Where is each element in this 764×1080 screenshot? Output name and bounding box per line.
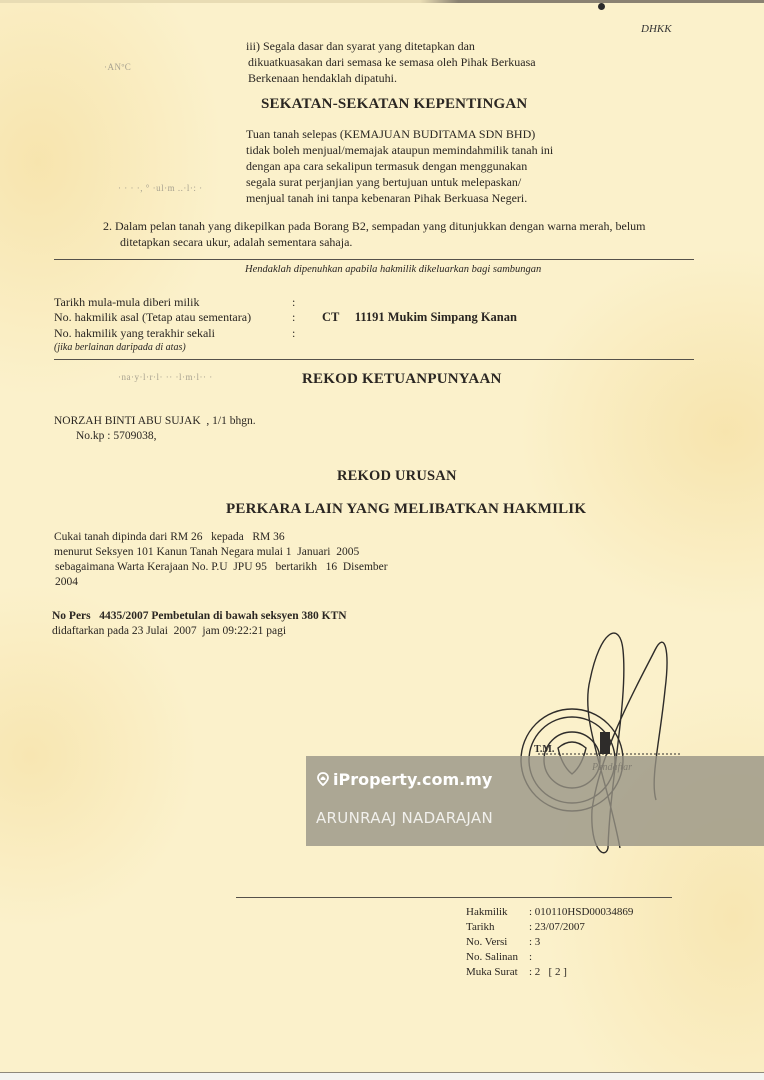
watermark-banner: iProperty.com.my ARUNRAAJ NADARAJAN [306,756,764,846]
bleed-through-mark: ·na·y·l·r·l· ·· ·l·m·l·· · [118,372,213,382]
footer-key: No. Salinan [466,950,529,965]
footer-key: Tarikh [466,920,529,935]
clause-iii-line: iii) Segala dasar dan syarat yang diteta… [246,38,536,54]
bleed-through-mark: · · · ·, ° ·ul·m ..·l·: · [118,183,203,193]
form-row-first-granted: Tarikh mula-mula diberi milik: [54,296,322,309]
form-footnote: (jika berlainan daripada di atas) [54,342,186,353]
section-title-sekatan: SEKATAN-SEKATAN KEPENTINGAN [261,96,527,113]
footer-row-tarikh: Tarikh: 23/07/2007 [466,920,633,935]
divider [54,359,694,360]
section-title-other-matters: PERKARA LAIN YANG MELIBATKAN HAKMILIK [226,501,586,518]
footer-row-hakmilik: Hakmilik: 010110HSD00034869 [466,905,633,920]
sekatan-line: Tuan tanah selepas (KEMAJUAN BUDITAMA SD… [246,126,553,142]
form-colon: : [292,327,322,340]
page-top-edge [0,0,764,3]
footer-value: : [529,951,532,963]
footer-value: : 010110HSD00034869 [529,906,633,918]
registration-timestamp: didaftarkan pada 23 Julai 2007 jam 09:22… [52,623,286,639]
owner-id: No.kp : 5709038, [76,428,157,444]
continuation-note: Hendaklah dipenuhkan apabila hakmilik di… [245,264,541,275]
sekatan-line: menjual tanah ini tanpa kebenaran Pihak … [246,190,553,206]
clause-iii: iii) Segala dasar dan syarat yang diteta… [246,38,536,86]
form-row-last-title: No. hakmilik yang terakhir sekali: [54,327,322,340]
footer-value: : 2 [ 2 ] [529,966,567,978]
footer-row-muka-surat: Muka Surat: 2 [ 2 ] [466,965,633,980]
sekatan-line: tidak boleh menjual/memajak ataupun memi… [246,142,553,158]
location-pin-icon [316,772,330,786]
tax-amendment: Cukai tanah dipinda dari RM 26 kepada RM… [54,530,388,590]
svg-text:T.M.: T.M. [534,744,555,755]
watermark-brand: iProperty.com.my [316,770,492,789]
divider [236,897,672,898]
section-title-dealings: REKOD URUSAN [337,468,457,485]
tax-line: 2004 [54,575,388,590]
punch-hole [598,3,605,10]
tax-line: menurut Seksyen 101 Kanun Tanah Negara m… [54,545,388,560]
bleed-through-mark: ·ANºC [104,62,131,72]
clause-2-line: ditetapkan secara ukur, adalah sementara… [103,234,646,250]
clause-2: 2. Dalam pelan tanah yang dikepilkan pad… [103,218,646,250]
document-page: DHKK ·ANºC · · · ·, ° ·ul·m ..·l·: · ·na… [0,0,764,1080]
tax-line: sebagaimana Warta Kerajaan No. P.U JPU 9… [54,560,388,575]
tax-line: Cukai tanah dipinda dari RM 26 kepada RM… [54,530,388,545]
footer-key: Muka Surat [466,965,529,980]
form-row-original-title: No. hakmilik asal (Tetap atau sementara)… [54,311,517,324]
watermark-agent-name: ARUNRAAJ NADARAJAN [316,809,493,827]
form-colon: : [292,296,322,309]
sekatan-line: dengan apa cara sekalipun termasuk denga… [246,158,553,174]
form-value: CT 11191 Mukim Simpang Kanan [322,310,517,324]
clause-iii-line: Berkenaan hendaklah dipatuhi. [246,70,536,86]
section-title-ownership: REKOD KETUANPUNYAAN [302,371,502,388]
title-footer: Hakmilik: 010110HSD00034869 Tarikh: 23/0… [466,905,633,980]
page-bottom-edge [0,1072,764,1080]
form-label: No. hakmilik yang terakhir sekali [54,327,292,340]
owner-name: NORZAH BINTI ABU SUJAK , 1/1 bhgn. [54,413,256,429]
clause-2-line: 2. Dalam pelan tanah yang dikepilkan pad… [103,218,646,234]
watermark-brand-text: iProperty.com.my [333,770,492,789]
footer-row-salinan: No. Salinan: [466,950,633,965]
footer-key: No. Versi [466,935,529,950]
sekatan-line: segala surat perjanjian yang bertujuan u… [246,174,553,190]
footer-value: : 3 [529,936,540,948]
form-label: No. hakmilik asal (Tetap atau sementara) [54,311,292,324]
footer-key: Hakmilik [466,905,529,920]
footer-row-versi: No. Versi: 3 [466,935,633,950]
form-colon: : [292,311,322,324]
document-code: DHKK [641,23,672,35]
sekatan-body: Tuan tanah selepas (KEMAJUAN BUDITAMA SD… [246,126,553,206]
form-label: Tarikh mula-mula diberi milik [54,296,292,309]
clause-iii-line: dikuatkuasakan dari semasa ke semasa ole… [246,54,536,70]
pers-entry: No Pers 4435/2007 Pembetulan di bawah se… [52,608,347,624]
divider [54,259,694,260]
footer-value: : 23/07/2007 [529,921,585,933]
